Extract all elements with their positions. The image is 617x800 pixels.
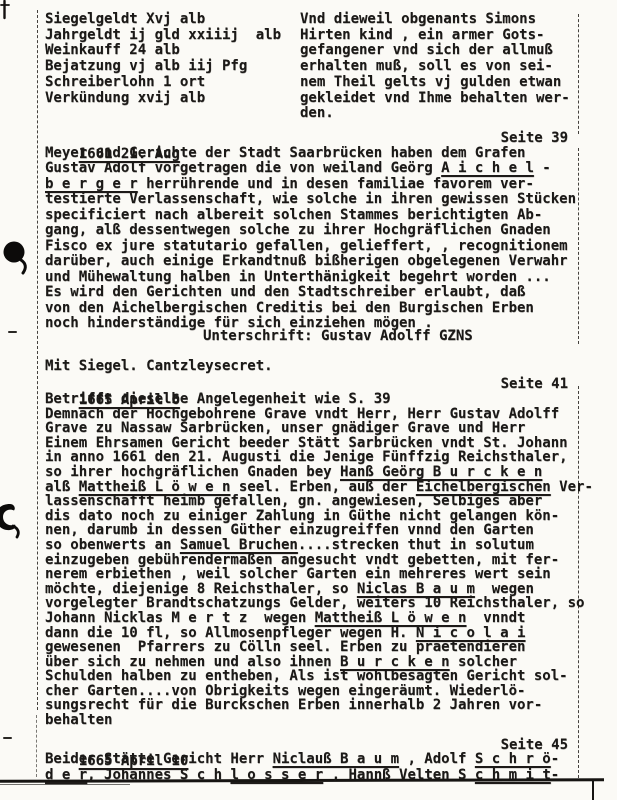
page-number: Seite 41 <box>501 376 568 392</box>
text-line: Vnd dieweil obgenants Simons <box>300 12 570 28</box>
text-line: einzugeben gebührendermaßen angesucht vn… <box>45 553 593 568</box>
seal-line: Mit Siegel. Cantzleysecret. <box>45 358 273 374</box>
right-edge-rule-mid <box>578 148 579 344</box>
text-line: Verkündung xvij alb <box>45 91 281 107</box>
text-line: so obenwerts an Samuel Bruchen....streck… <box>45 538 593 553</box>
text-line: Demnach der Hochgebohrene Grave vndt Her… <box>45 407 593 422</box>
text-line: Es wird den Gerichten und den Stadtschre… <box>45 285 576 300</box>
margin-dash-mark <box>8 331 17 333</box>
text-line: so ihrer hochgräflichen Gnaden bey Hanß … <box>45 465 593 480</box>
text-line: lassenschafft heimb gefallen, gn. angewi… <box>45 494 593 509</box>
text-line: Jahrgeldt ij gld xxiiij alb <box>45 28 281 44</box>
text-line: Einem Ehrsamen Gericht beeder Stätt Sarb… <box>45 436 593 451</box>
text-line: und Mühewaltung halben in Unterthänigkei… <box>45 270 576 285</box>
punch-hole-mark <box>2 240 32 276</box>
text-line: gefangener vnd sich der allmuß <box>300 43 570 59</box>
text-line: dann die 10 fl, so Allmosenpfleger wegen… <box>45 626 593 641</box>
text-line: Johann Nicklas M e r t z wegen Mattheiß … <box>45 611 593 626</box>
text-line: sungsrecht für die Burckschen Erben inne… <box>45 698 593 713</box>
text-line: d e r, Johannes S c h l o s s e r , Hann… <box>45 768 559 784</box>
text-line: Siegelgeldt Xvj alb <box>45 12 281 28</box>
text-line: Meyer und Gerichte der Stadt Saarbrücken… <box>45 146 576 161</box>
text-line: Gustav Adolf vorgetragen die von weiland… <box>45 161 576 176</box>
record-body: Betrifft dieselbe Angelegenheit wie S. 3… <box>45 392 593 728</box>
left-edge-rule <box>37 10 38 710</box>
marginal-note: Vnd dieweil obgenants SimonsHirten kind … <box>300 12 570 122</box>
text-line: erhalten muß, soll es von sei- <box>300 59 570 75</box>
punch-hole-mark <box>0 500 28 540</box>
text-line: gekleidet vnd Ihme behalten wer- <box>300 91 570 107</box>
text-line: gang, alß dessentwegen solche zu ihrer H… <box>45 223 576 238</box>
left-edge-rule-lower <box>36 715 37 777</box>
text-line: von den Aichelbergischen Creditis bei de… <box>45 301 576 316</box>
text-line: Fisco ex jure statutario gefallen, gelie… <box>45 239 576 254</box>
record-body: Beider Stätte Gericht Herr Niclauß B a u… <box>45 752 559 783</box>
text-line: nen, darumb in dessen Güther einzugreiff… <box>45 523 593 538</box>
text-line: alß Mattheiß L ö w e n seel. Erben, auß … <box>45 480 593 495</box>
text-line: Schulden halben zu entheben, Als ist woh… <box>45 669 593 684</box>
text-line: nem Theil gelts vj gulden etwan <box>300 75 570 91</box>
text-line: möchte, diejenige 8 Reichsthaler, so Nic… <box>45 582 593 597</box>
page-number: Seite 39 <box>501 130 568 146</box>
text-line: Schreiberlohn 1 ort <box>45 75 281 91</box>
text-line: cher Garten....von Obrigkeits wegen eing… <box>45 684 593 699</box>
record-body: Meyer und Gerichte der Stadt Saarbrücken… <box>45 146 576 331</box>
text-line: in anno 1661 den 21. Augusti die Jenige … <box>45 450 593 465</box>
text-line: Bejatzung vj alb iij Pfg <box>45 59 281 75</box>
text-line: vorgelegter Brandtschatzungs Gelder, wei… <box>45 596 593 611</box>
bottom-right-corner-rule <box>592 780 594 800</box>
text-line: Hirten kind , ein armer Gots- <box>300 28 570 44</box>
signature-line: Unterschrift: Gustav Adolff GZNS <box>203 328 473 344</box>
text-line: Grave zu Nassaw Sarbrücken, unser gnädig… <box>45 421 593 436</box>
text-line: behalten <box>45 713 593 728</box>
text-line: den. <box>300 106 570 122</box>
margin-dash-mark <box>3 737 12 739</box>
right-edge-rule-top <box>578 14 579 134</box>
text-line: specificiert nach albereit solchen Stamm… <box>45 208 576 223</box>
text-line: Weinkauff 24 alb <box>45 43 281 59</box>
text-line: darüber, auch einige Erkandtnuß bißherig… <box>45 254 576 269</box>
text-line: gewesenen Pfarrers zu Cölln seel. Erben … <box>45 640 593 655</box>
text-line: dis dato noch zu einiger Zahlung in Güth… <box>45 509 593 524</box>
scan-page: Siegelgeldt Xvj albJahrgeldt ij gld xxii… <box>0 0 617 800</box>
text-line: testierte Verlassenschaft, wie solche in… <box>45 192 576 207</box>
fee-list: Siegelgeldt Xvj albJahrgeldt ij gld xxii… <box>45 12 281 106</box>
text-line: Betrifft dieselbe Angelegenheit wie S. 3… <box>45 392 593 407</box>
text-line: über sich zu nehmen und also ihnen B u r… <box>45 655 593 670</box>
pen-mark-icon <box>0 0 16 22</box>
text-line: Beider Stätte Gericht Herr Niclauß B a u… <box>45 752 559 768</box>
text-line: nerem erbiethen , weil solcher Garten ei… <box>45 567 593 582</box>
text-line: b e r g e r herrührende und in desen fam… <box>45 177 576 192</box>
